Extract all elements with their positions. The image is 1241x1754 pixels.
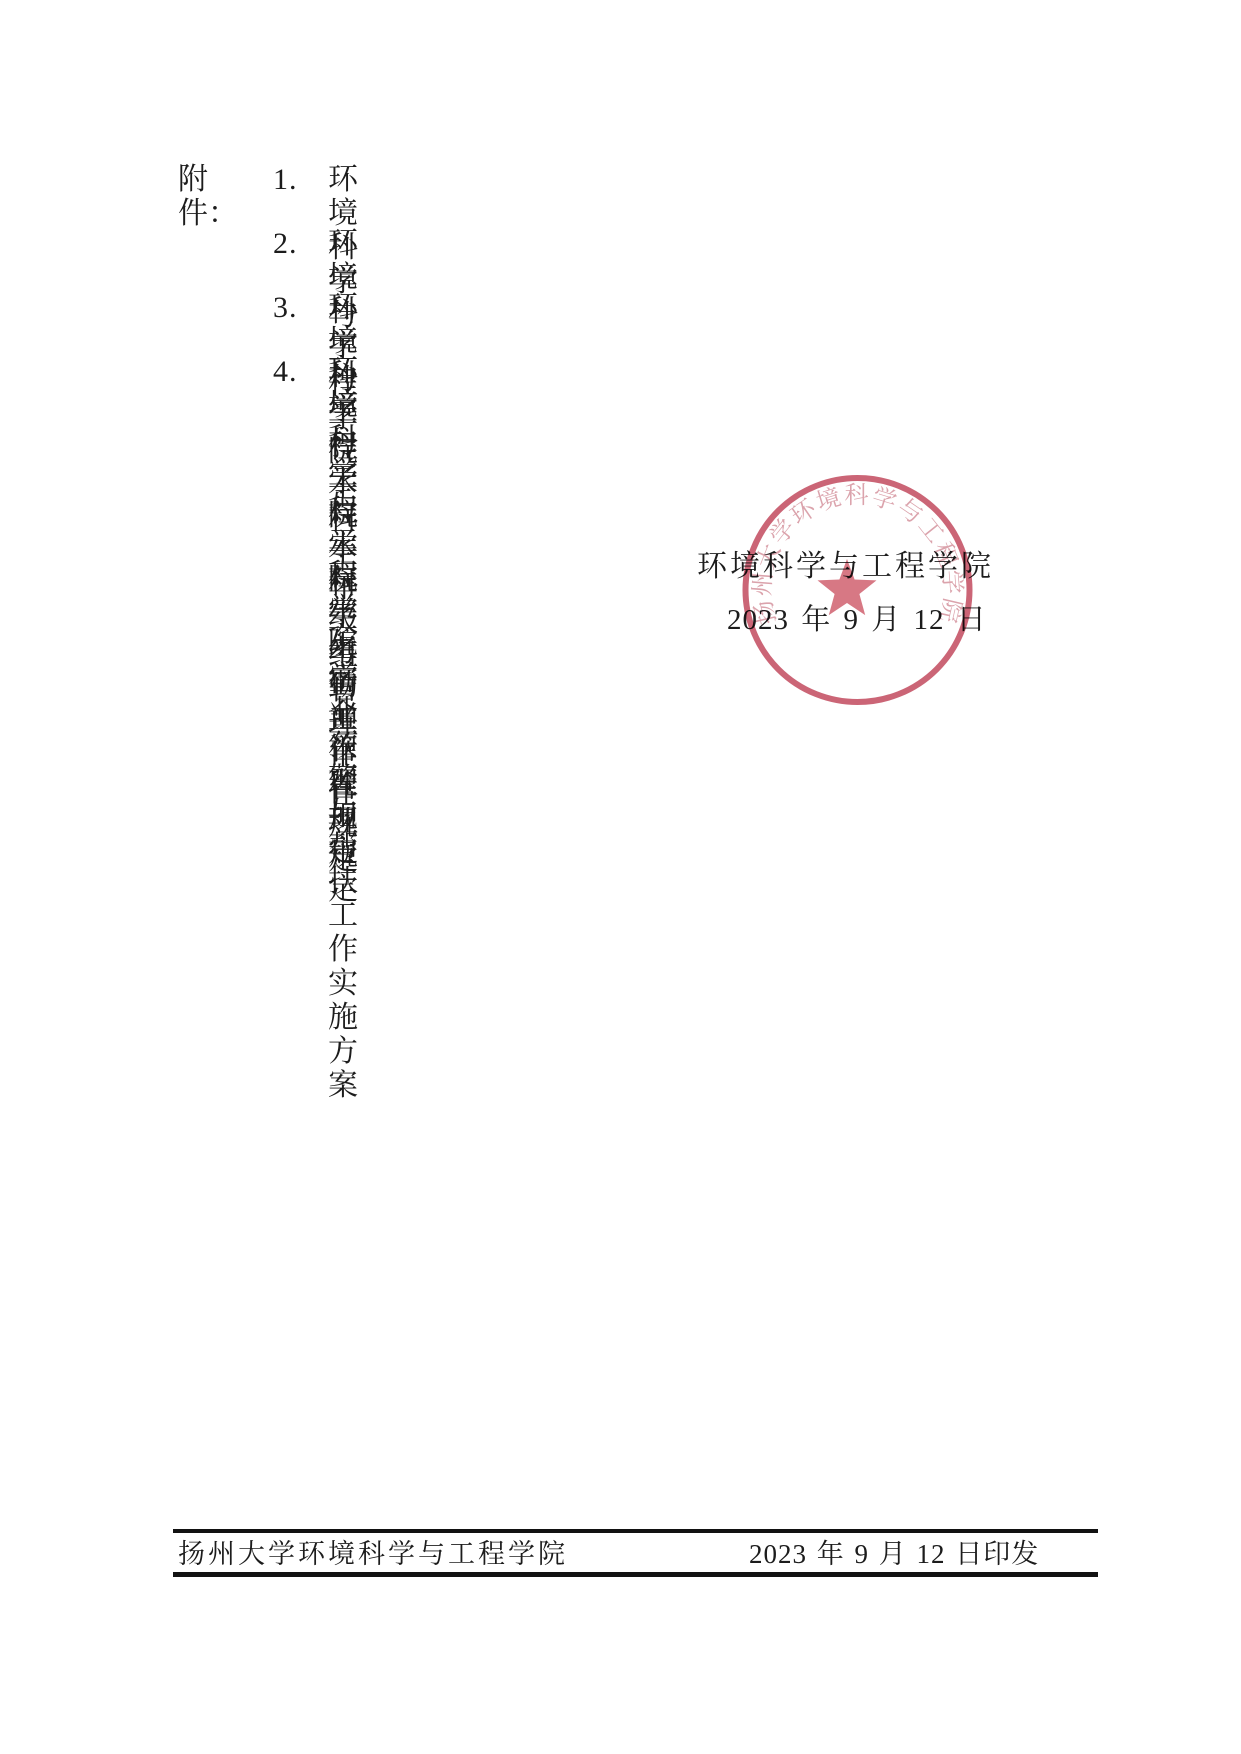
attachments-label: 附件： <box>178 163 238 231</box>
attachment-number: 1. <box>273 163 298 197</box>
footer-bottom-rule <box>173 1572 1098 1577</box>
attachment-number: 4. <box>273 355 298 389</box>
signature-date: 2023 年 9 月 12 日 <box>727 605 987 636</box>
attachment-number: 2. <box>273 227 298 261</box>
footer-print-date: 2023 年 9 月 12 日印发 <box>749 1539 1039 1569</box>
footer-top-rule <box>173 1529 1098 1533</box>
attachment-title: 环境科学与工程学院学业预警与帮扶工作实施方案 <box>328 355 361 1103</box>
official-seal: 扬州大学环境科学与工程学院 <box>742 474 974 710</box>
seal-ring <box>746 478 970 702</box>
attachment-number: 3. <box>273 291 298 325</box>
footer-issuer: 扬州大学环境科学与工程学院 <box>178 1539 568 1569</box>
signature-organization: 环境科学与工程学院 <box>697 551 994 583</box>
document-page: 附件： 1. 环境科学与工程学院本科生年级组管理工作规定 2. 环境科学与工程学… <box>0 0 1241 1754</box>
